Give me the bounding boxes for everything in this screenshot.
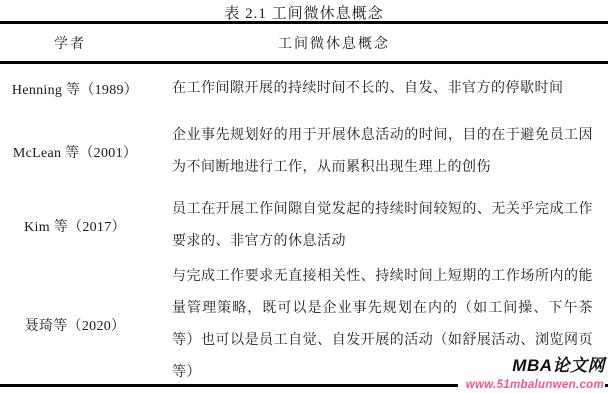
watermark-site-name: MBA论文网 bbox=[458, 357, 605, 376]
column-header-concept: 工间微休息概念 bbox=[140, 33, 608, 53]
micro-break-concept-table: 学者 工间微休息概念 Henning 等（1989） 在工作间隙开展的持续时间不… bbox=[0, 21, 608, 387]
scholar-cell: Kim 等（2017） bbox=[0, 216, 150, 236]
document-page: 表 2.1 工间微休息概念 学者 工间微休息概念 Henning 等（1989）… bbox=[0, 0, 608, 393]
table-row: Kim 等（2017） 员工在开展工作间隙自觉发起的持续时间较短的、无关乎完成工… bbox=[0, 190, 608, 261]
concept-cell: 在工作间隙开展的持续时间不长的、自发、非官方的停歇时间 bbox=[150, 73, 608, 105]
column-header-scholar: 学者 bbox=[0, 33, 140, 53]
scholar-cell: Henning 等（1989） bbox=[0, 79, 150, 99]
table-body: Henning 等（1989） 在工作间隙开展的持续时间不长的、自发、非官方的停… bbox=[0, 64, 608, 384]
table-caption: 表 2.1 工间微休息概念 bbox=[0, 0, 608, 21]
watermark-site-url: www.51mbalunwen.com bbox=[458, 379, 605, 393]
scholar-cell: McLean 等（2001） bbox=[0, 142, 150, 162]
scholar-cell: 聂琦等（2020） bbox=[0, 315, 150, 335]
table-row: Henning 等（1989） 在工作间隙开展的持续时间不长的、自发、非官方的停… bbox=[0, 64, 608, 113]
site-watermark: MBA论文网 www.51mbalunwen.com bbox=[458, 357, 605, 393]
concept-cell: 企业事先规划好的用于开展休息活动的时间，目的在于避免员工因为不间断地进行工作，从… bbox=[150, 120, 608, 184]
table-row: McLean 等（2001） 企业事先规划好的用于开展休息活动的时间，目的在于避… bbox=[0, 113, 608, 190]
table-header-row: 学者 工间微休息概念 bbox=[0, 24, 608, 64]
concept-cell: 员工在开展工作间隙自觉发起的持续时间较短的、无关乎完成工作要求的、非官方的休息活… bbox=[150, 194, 608, 258]
